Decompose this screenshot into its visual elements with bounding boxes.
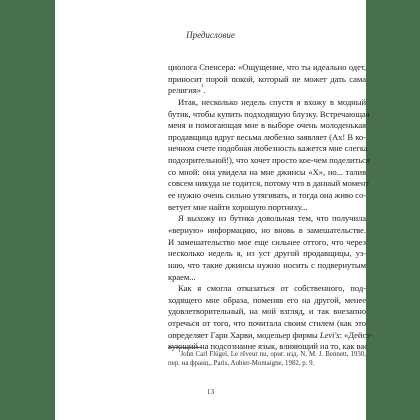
text-line: подозрительной!), что хочет просто кое-ч…: [168, 155, 366, 167]
text-line: краем...: [168, 272, 366, 284]
text-line: И замешательство мое еще сильнее оттого,…: [168, 237, 366, 249]
text-line: Итак, несколько недель спустя я вхожу в …: [168, 97, 366, 109]
text-line: ветует мне найти хорошую портниху...: [168, 202, 366, 214]
text-line: со мной: она увидела на мне джинсы «X», …: [168, 167, 366, 179]
footnote-divider: [168, 347, 202, 348]
footnote-line: 1John Carl Flügel, Le rêveur nu, ориг. и…: [168, 350, 366, 359]
running-head: Предисловие: [55, 30, 366, 40]
footnote-line: пер. на франц., Paris, Aubier-Montaigne,…: [168, 359, 366, 368]
text-line: ее нужно очень сильно утягивать, и тогда…: [168, 190, 366, 202]
body-text: циолога Спенсера: «Ощущение, что ты идеа…: [168, 62, 366, 353]
text-line: Как я смогла отказаться от собственного,…: [168, 283, 366, 295]
text-line: наю, что такие джинсы нужно носить с под…: [168, 260, 366, 272]
text-line: ходящего мне образа, поменяв его на друг…: [168, 295, 366, 307]
text-line: приносит порой покой, который не может д…: [168, 74, 366, 86]
text-line: несколько недель я, из уст другой продав…: [168, 248, 366, 260]
footnote-reference[interactable]: 1: [201, 84, 203, 89]
brand-name: Levi's: [320, 330, 340, 340]
text-line: циолога Спенсера: «Ощущение, что ты идеа…: [168, 62, 366, 74]
text-line: определяет Гари Харви, модельер фирмы Le…: [168, 330, 366, 342]
book-page: Предисловие циолога Спенсера: «Ощущение,…: [55, 0, 366, 420]
text-line: Я выхожу из бутика довольная тем, что по…: [168, 213, 366, 225]
text-line: отречься от того, что почитала своим сти…: [168, 318, 366, 330]
text-line: продавщица вдруг весьма любезно заявляет…: [168, 132, 366, 144]
text-line: религия»1.: [168, 85, 366, 97]
page-number: 13: [55, 387, 366, 396]
footnote: 1John Carl Flügel, Le rêveur nu, ориг. и…: [168, 350, 366, 369]
text-line: удовлетворительный, на мой взгляд, и так…: [168, 306, 366, 318]
text-line: «верную» информацию, но вновь в замешате…: [168, 225, 366, 237]
text-line: совсем никуда не годится, потому что в д…: [168, 178, 366, 190]
text-line: меня и помогающая мне в выборе очень мол…: [168, 120, 366, 132]
text-line: нечном счете подобная любезность кажется…: [168, 143, 366, 155]
footnote-marker: 1: [178, 349, 181, 354]
text-line: бутик, чтобы купить подходящую блузку. В…: [168, 109, 366, 121]
